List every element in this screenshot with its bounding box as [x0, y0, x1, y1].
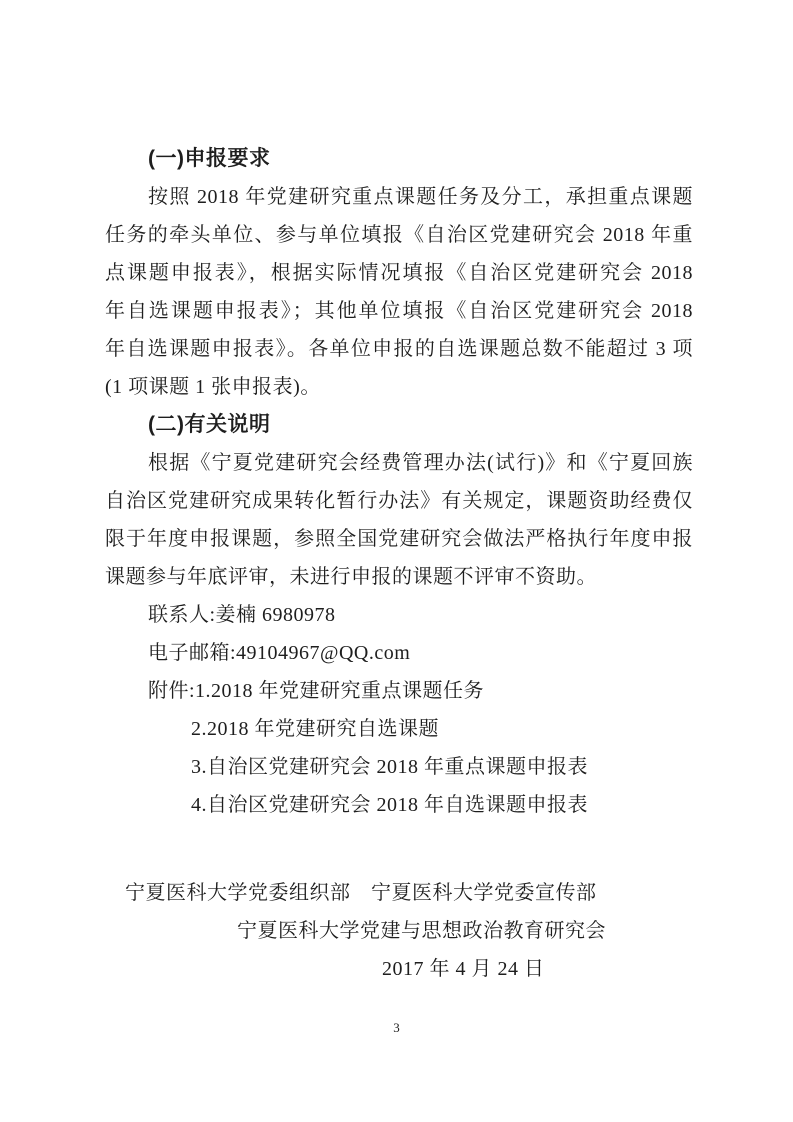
attachment-line: 附件:1.2018 年党建研究重点课题任务 — [105, 672, 693, 710]
section1-heading: (一)申报要求 — [105, 140, 693, 178]
paragraph-line: 年自选课题申报表》。各单位申报的自选课题总数不能超过 3 项 — [105, 330, 693, 368]
attachment-line: 2.2018 年党建研究自选课题 — [105, 710, 693, 748]
signature-date: 2017 年 4 月 24 日 — [105, 950, 693, 988]
document-page: (一)申报要求 按照 2018 年党建研究重点课题任务及分工，承担重点课题 任务… — [0, 0, 793, 1122]
paragraph-line: 自治区党建研究成果转化暂行办法》有关规定，课题资助经费仅 — [105, 482, 693, 520]
section2-heading: (二)有关说明 — [105, 406, 693, 444]
paragraph-line: 课题参与年底评审，未进行申报的课题不评审不资助。 — [105, 558, 693, 596]
email-line: 电子邮箱:49104967@QQ.com — [105, 634, 693, 672]
vertical-spacer — [105, 824, 693, 874]
attachment-line: 4.自治区党建研究会 2018 年自选课题申报表 — [105, 786, 693, 824]
signature-line-1: 宁夏医科大学党委组织部 宁夏医科大学党委宣传部 — [105, 874, 693, 912]
page-number: 3 — [0, 1020, 793, 1036]
paragraph-line: 任务的牵头单位、参与单位填报《自治区党建研究会 2018 年重 — [105, 216, 693, 254]
paragraph-line: 根据《宁夏党建研究会经费管理办法(试行)》和《宁夏回族 — [105, 444, 693, 482]
document-body: (一)申报要求 按照 2018 年党建研究重点课题任务及分工，承担重点课题 任务… — [105, 140, 693, 988]
paragraph-line: 年自选课题申报表》；其他单位填报《自治区党建研究会 2018 — [105, 292, 693, 330]
paragraph-line: 点课题申报表》，根据实际情况填报《自治区党建研究会 2018 — [105, 254, 693, 292]
signature-line-2: 宁夏医科大学党建与思想政治教育研究会 — [105, 912, 693, 950]
attachment-line: 3.自治区党建研究会 2018 年重点课题申报表 — [105, 748, 693, 786]
contact-line: 联系人:姜楠 6980978 — [105, 596, 693, 634]
paragraph-line: (1 项课题 1 张申报表)。 — [105, 368, 693, 406]
paragraph-line: 按照 2018 年党建研究重点课题任务及分工，承担重点课题 — [105, 178, 693, 216]
paragraph-line: 限于年度申报课题，参照全国党建研究会做法严格执行年度申报 — [105, 520, 693, 558]
